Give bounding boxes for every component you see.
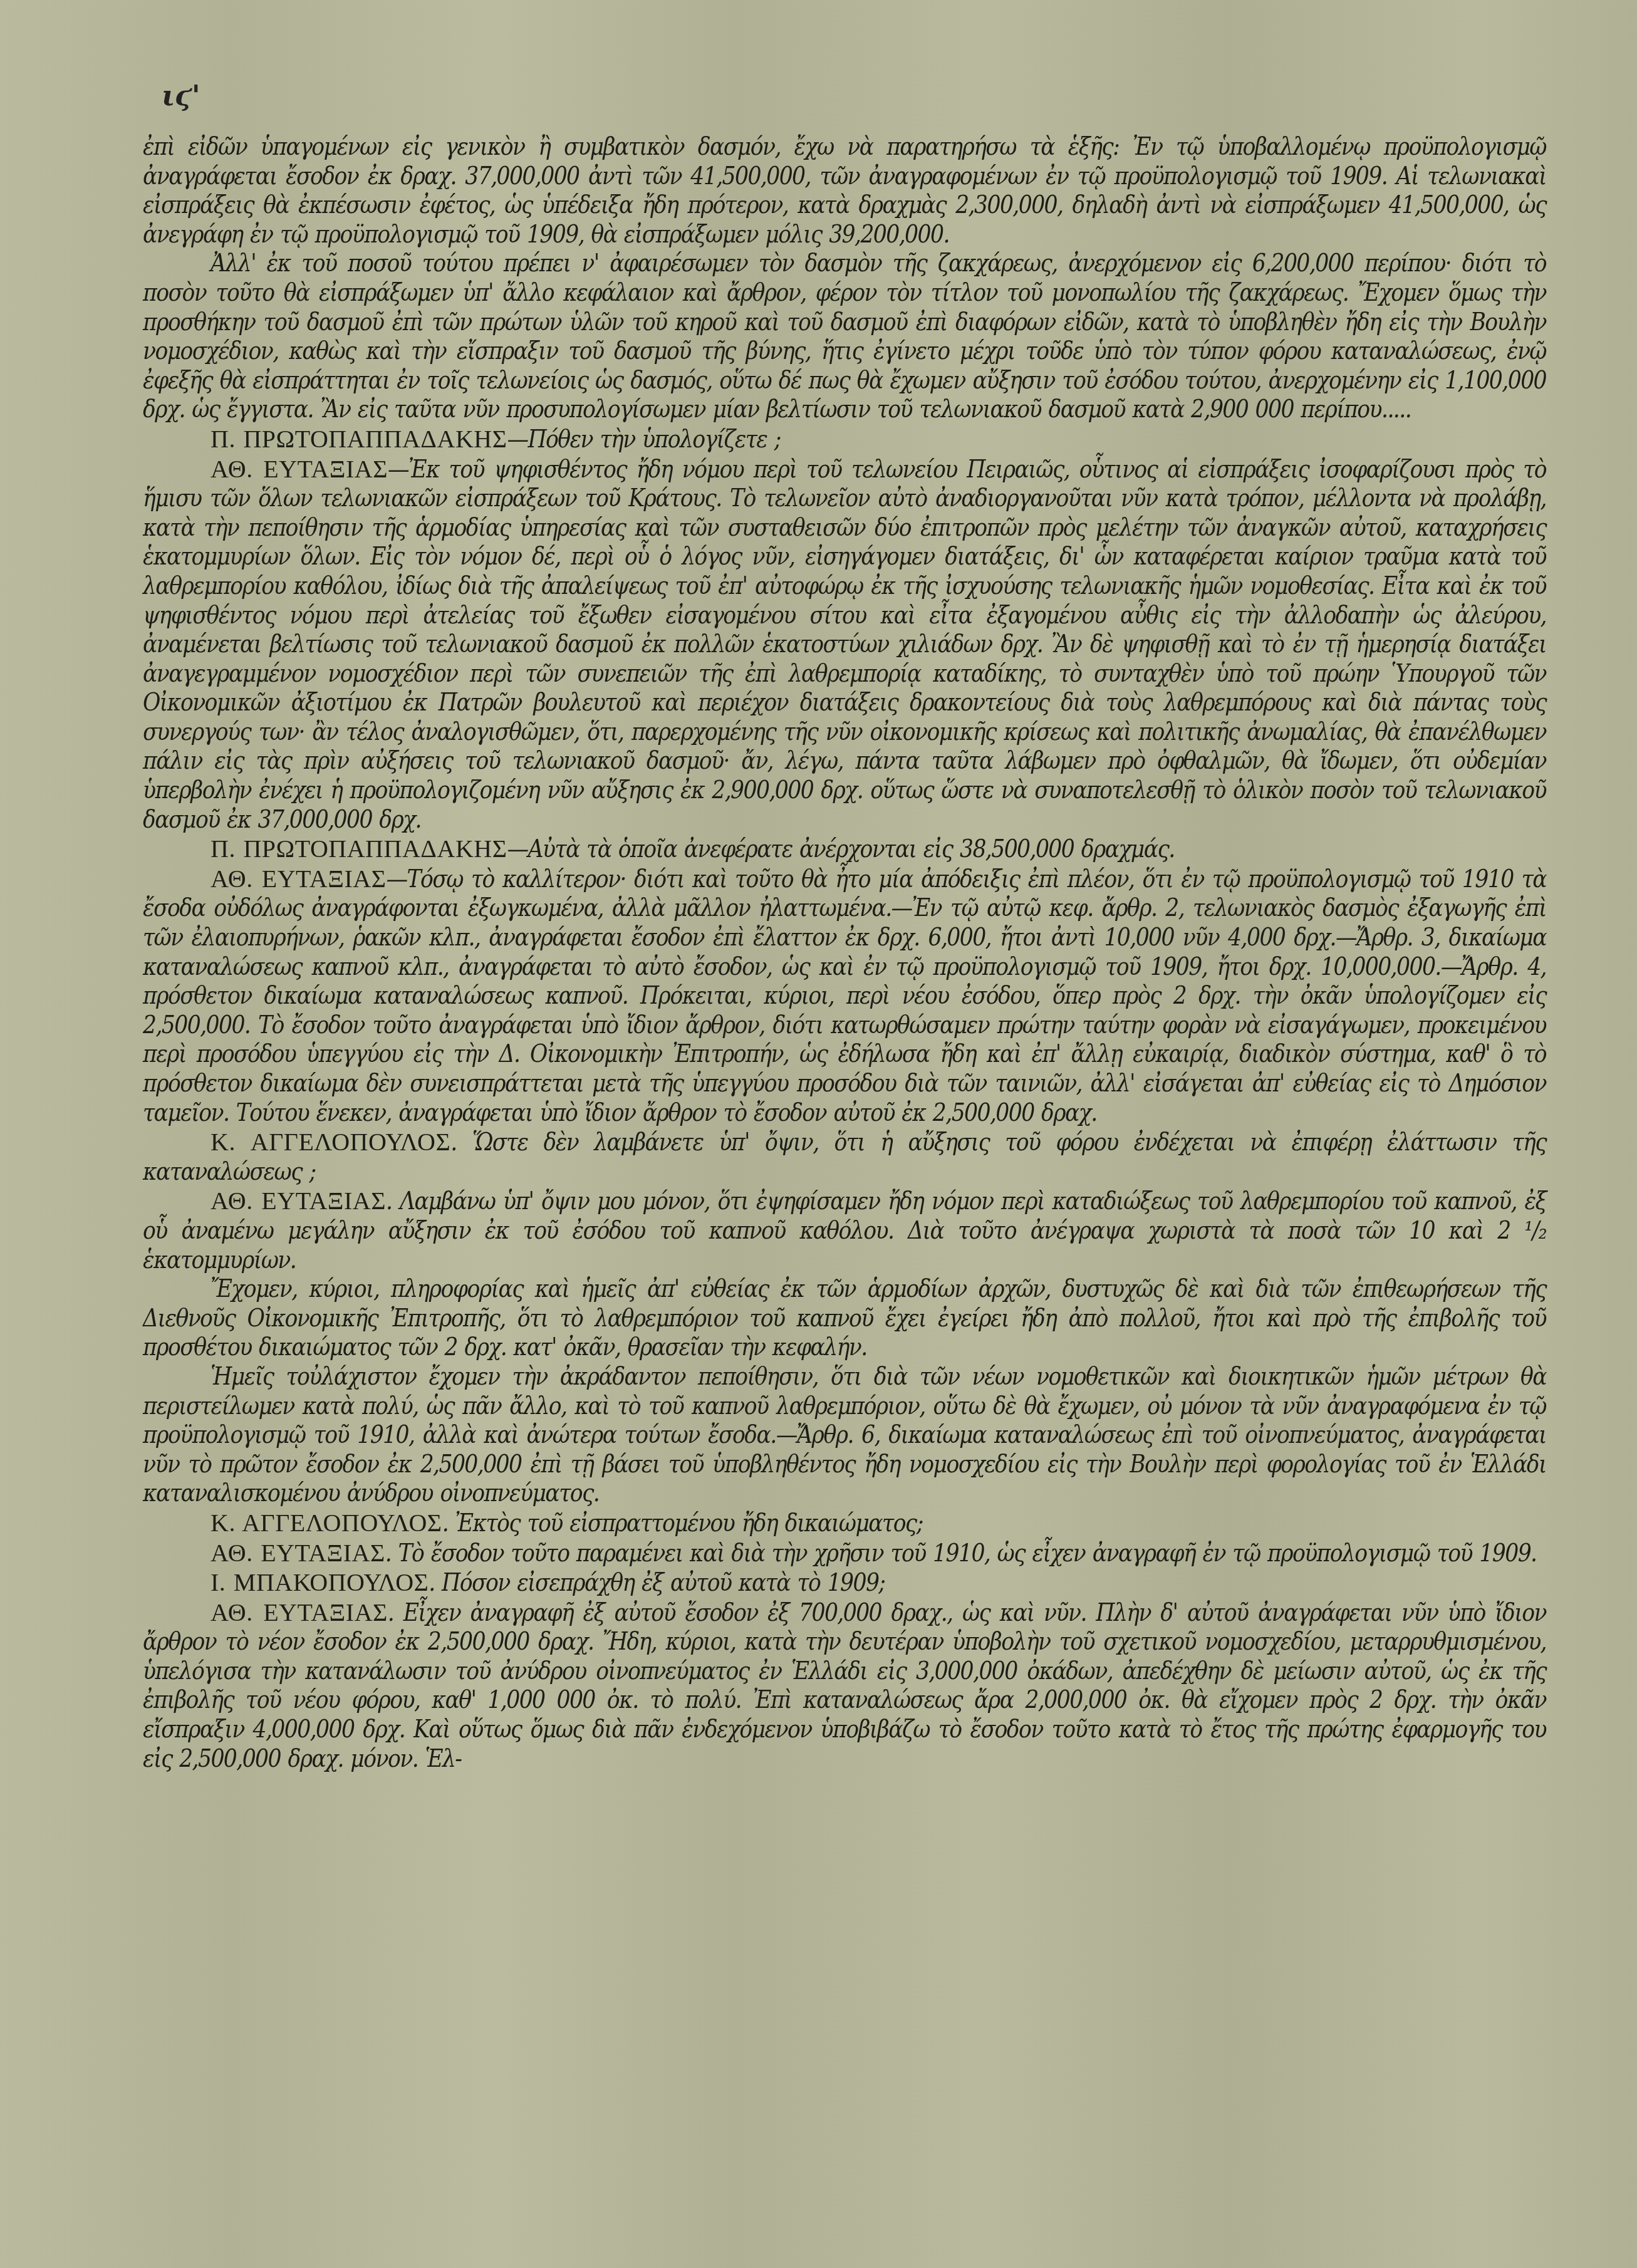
speaker-name: Κ. ΑΓΓΕΛΟΠΟΥΛΟΣ	[210, 1128, 450, 1156]
paragraph-continuation: Ἔχομεν, κύριοι, πληροφορίας καὶ ἡμεῖς ἀπ…	[143, 1275, 1546, 1363]
paragraph-text: ἐπὶ εἰδῶν ὑπαγομένων εἰς γενικὸν ἢ συμβα…	[143, 133, 1546, 249]
speaker-name: ΑΘ. ΕΥΤΑΞΙΑΣ	[210, 1539, 385, 1567]
speech-text: . Τὸ ἔσοδον τοῦτο παραμένει καὶ διὰ τὴν …	[385, 1539, 1537, 1568]
speech-text: . Πόσον εἰσεπράχθη ἐξ αὐτοῦ κατὰ τὸ 1909…	[429, 1569, 885, 1597]
speaker-name: Π. ΠΡΩΤΟΠΑΠΠΑΔΑΚΗΣ	[210, 835, 507, 863]
speaker-turn: Κ. ΑΓΓΕΛΟΠΟΥΛΟΣ. Ὥστε δὲν λαμβάνετε ὑπ' …	[143, 1128, 1546, 1187]
speaker-name: ΑΘ. ΕΥΤΑΞΙΑΣ	[210, 455, 388, 483]
parliamentary-transcript: ἐπὶ εἰδῶν ὑπαγομένων εἰς γενικὸν ἢ συμβα…	[143, 133, 1546, 1774]
speech-text: —Πόθεν τὴν ὑπολογίζετε ;	[507, 425, 780, 454]
speaker-name: ΑΘ. ΕΥΤΑΞΙΑΣ	[210, 865, 386, 893]
speaker-turn: ΑΘ. ΕΥΤΑΞΙΑΣ—Τόσῳ τὸ καλλίτερον· διότι κ…	[143, 865, 1546, 1128]
speaker-name: ΑΘ. ΕΥΤΑΞΙΑΣ	[210, 1598, 388, 1626]
paragraph-continuation: Ἡμεῖς τοὐλάχιστον ἔχομεν τὴν ἀκράδαντον …	[143, 1363, 1546, 1509]
speech-text: —Ἐκ τοῦ ψηφισθέντος ἤδη νόμου περὶ τοῦ τ…	[143, 455, 1546, 834]
speech-text: . Ἐκτὸς τοῦ εἰσπραττομένου ἤδη δικαιώματ…	[442, 1509, 923, 1537]
speaker-name: ΑΘ. ΕΥΤΑΞΙΑΣ	[210, 1187, 386, 1215]
speaker-name: Κ. ΑΓΓΕΛΟΠΟΥΛΟΣ	[210, 1509, 442, 1537]
speaker-turn: ΑΘ. ΕΥΤΑΞΙΑΣ. Τὸ ἔσοδον τοῦτο παραμένει …	[143, 1539, 1546, 1569]
paragraph-1: ἐπὶ εἰδῶν ὑπαγομένων εἰς γενικὸν ἢ συμβα…	[143, 133, 1546, 249]
speaker-name: Ι. ΜΠΑΚΟΠΟΥΛΟΣ	[210, 1568, 429, 1596]
speaker-turn: Κ. ΑΓΓΕΛΟΠΟΥΛΟΣ. Ἐκτὸς τοῦ εἰσπραττομένο…	[143, 1509, 1546, 1539]
speaker-turn: ΑΘ. ΕΥΤΑΞΙΑΣ. Εἶχεν ἀναγραφῆ ἐξ αὐτοῦ ἔσ…	[143, 1598, 1546, 1774]
paragraph-text: Ἡμεῖς τοὐλάχιστον ἔχομεν τὴν ἀκράδαντον …	[143, 1363, 1546, 1507]
speech-text: —Τόσῳ τὸ καλλίτερον· διότι καὶ τοῦτο θὰ …	[143, 865, 1546, 1127]
page-number: ιϛ'	[162, 80, 200, 112]
document-page: ιϛ' ἐπὶ εἰδῶν ὑπαγομένων εἰς γενικὸν ἢ σ…	[0, 0, 1637, 2268]
speaker-turn: Ι. ΜΠΑΚΟΠΟΥΛΟΣ. Πόσον εἰσεπράχθη ἐξ αὐτο…	[143, 1568, 1546, 1598]
speaker-turn: ΑΘ. ΕΥΤΑΞΙΑΣ. Λαμβάνω ὑπ' ὄψιν μου μόνον…	[143, 1187, 1546, 1275]
speaker-turn: ΑΘ. ΕΥΤΑΞΙΑΣ—Ἐκ τοῦ ψηφισθέντος ἤδη νόμο…	[143, 455, 1546, 835]
speaker-name: Π. ΠΡΩΤΟΠΑΠΠΑΔΑΚΗΣ	[210, 425, 507, 453]
speaker-turn: Π. ΠΡΩΤΟΠΑΠΠΑΔΑΚΗΣ—Πόθεν τὴν ὑπολογίζετε…	[143, 425, 1546, 455]
paragraph-text: Ἀλλ' ἐκ τοῦ ποσοῦ τούτου πρέπει ν' ἀφαιρ…	[143, 249, 1546, 424]
paragraph-text: Ἔχομεν, κύριοι, πληροφορίας καὶ ἡμεῖς ἀπ…	[143, 1275, 1546, 1361]
speech-text: —Αὐτὰ τὰ ὁποῖα ἀνεφέρατε ἀνέρχονται εἰς …	[507, 835, 1174, 863]
speaker-turn: Π. ΠΡΩΤΟΠΑΠΠΑΔΑΚΗΣ—Αὐτὰ τὰ ὁποῖα ἀνεφέρα…	[143, 835, 1546, 865]
paragraph-2: Ἀλλ' ἐκ τοῦ ποσοῦ τούτου πρέπει ν' ἀφαιρ…	[143, 249, 1546, 425]
